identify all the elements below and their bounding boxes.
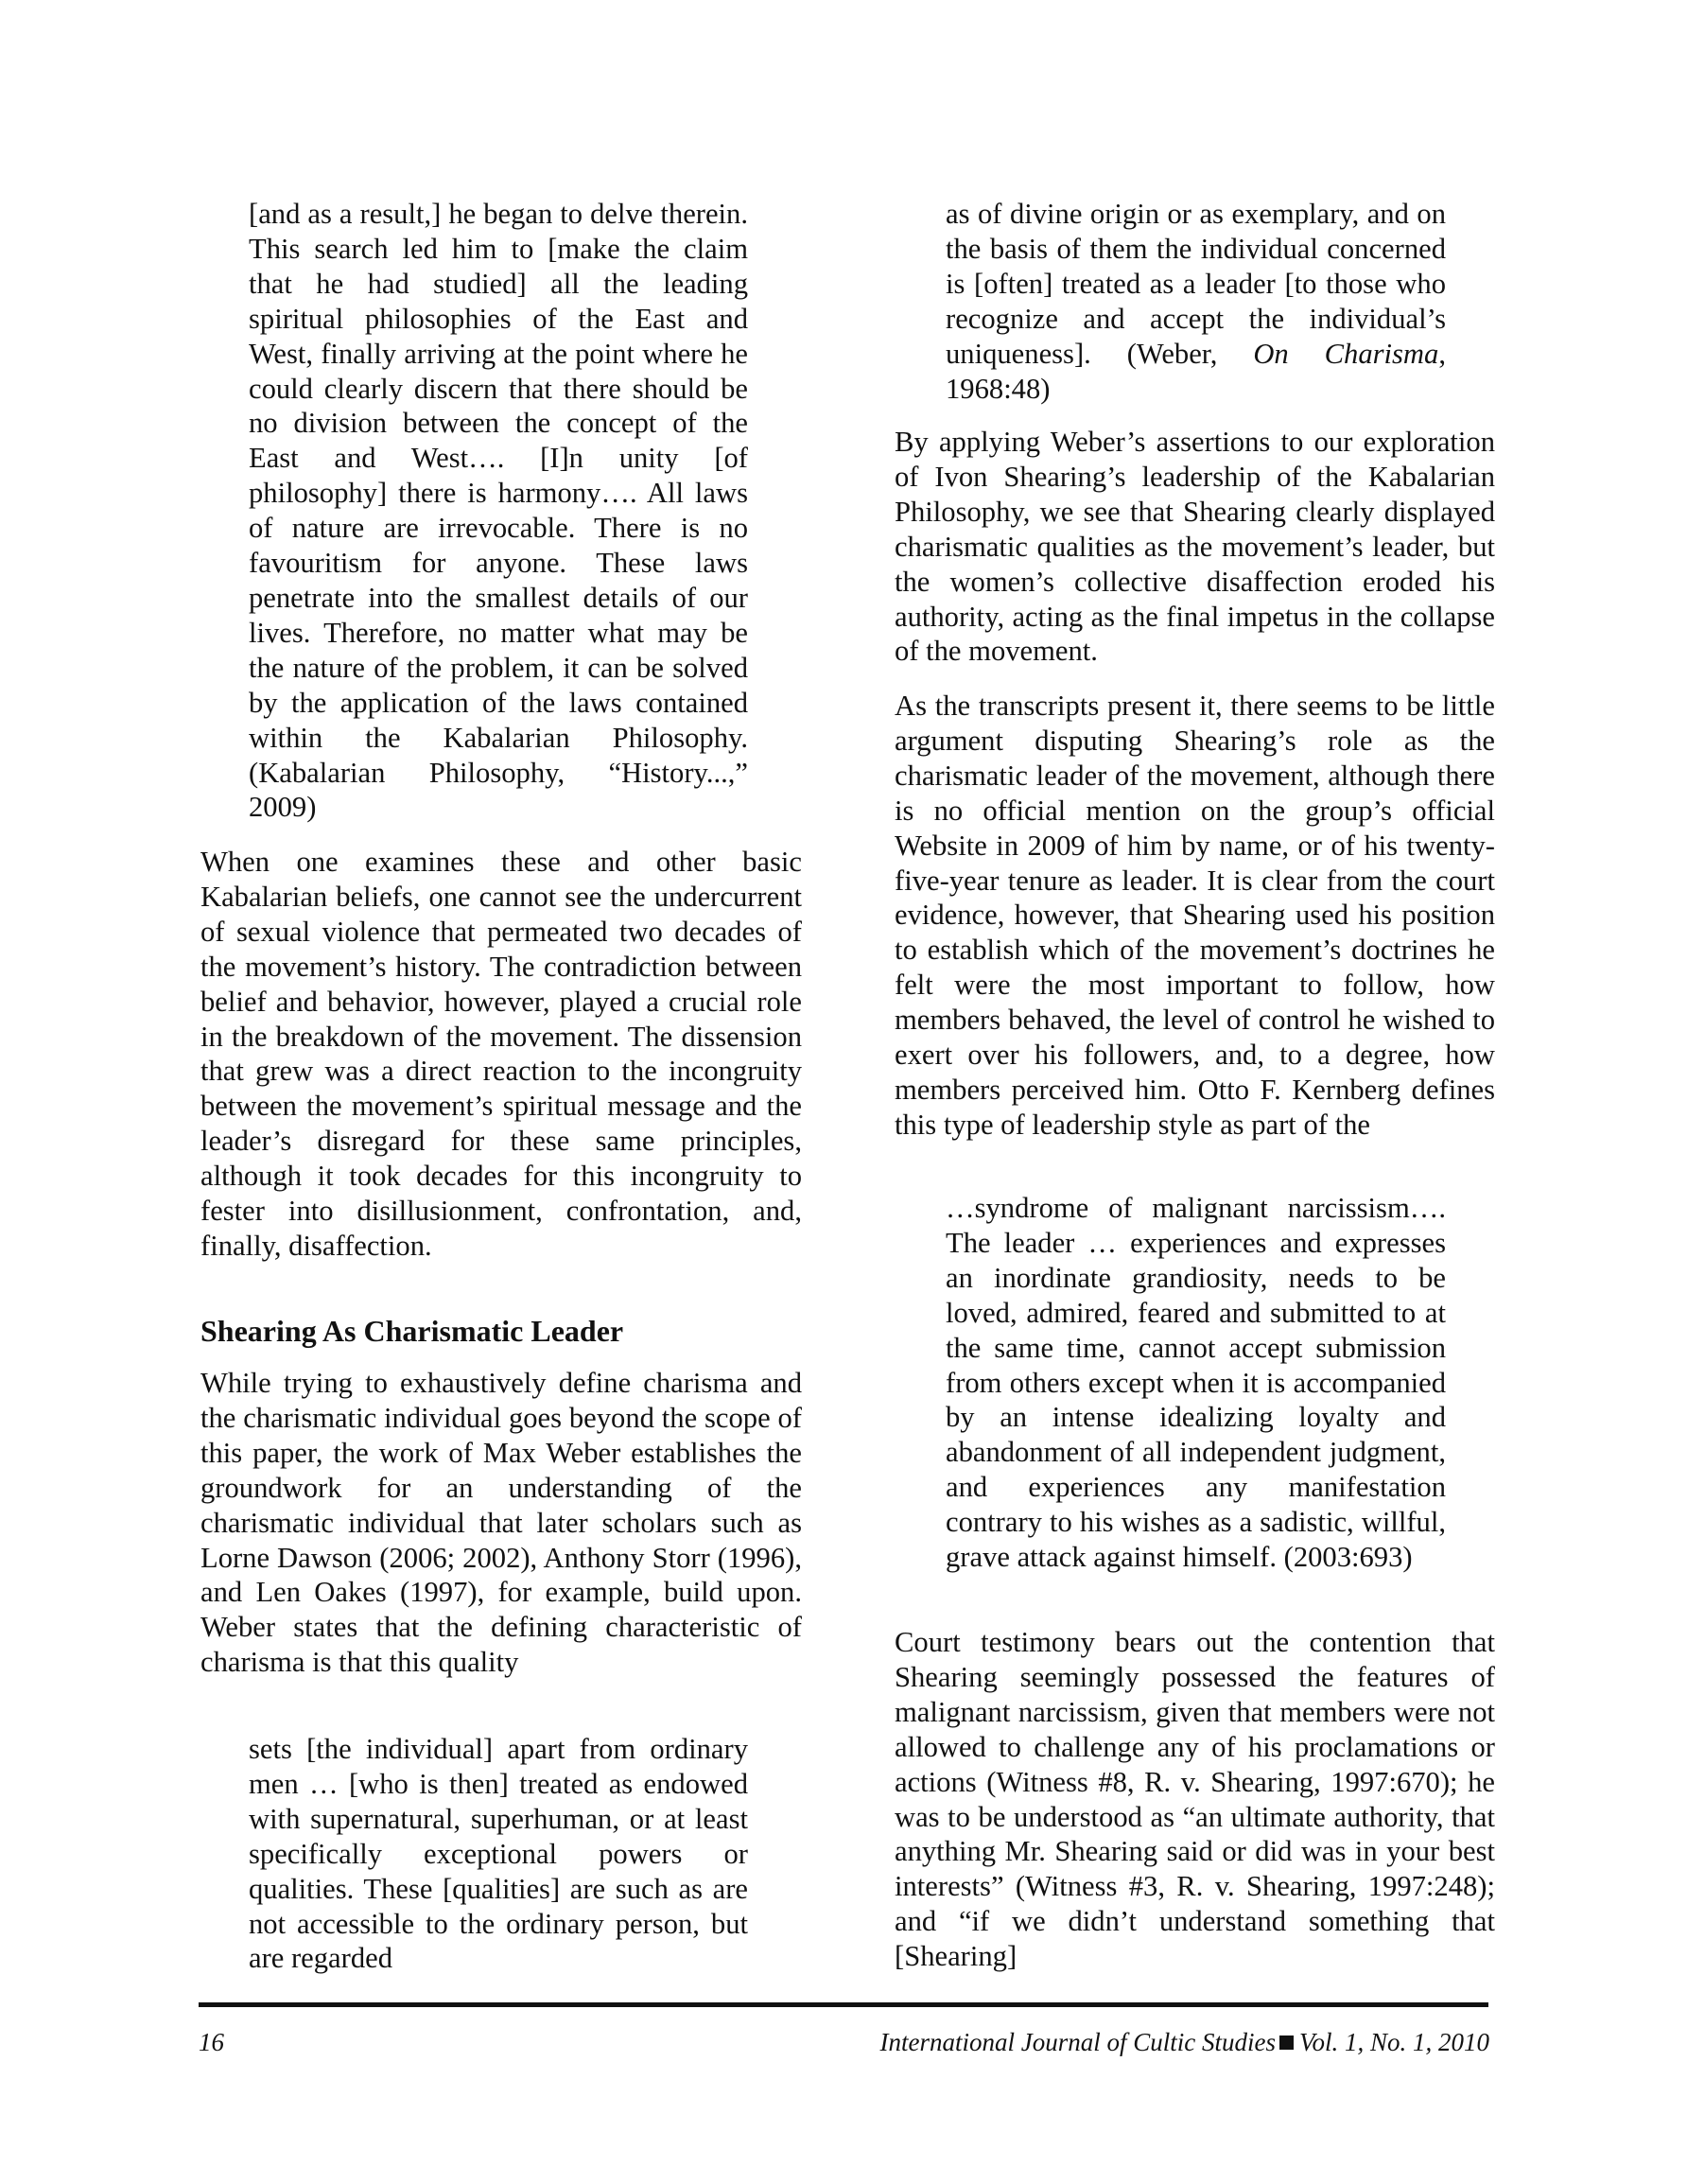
quote-text: sets [the individual] apart from ordinar… [249, 1732, 748, 1976]
body-paragraph: Court testimony bears out the contention… [895, 1625, 1495, 1974]
page-number: 16 [199, 2028, 224, 2057]
quote-text: …syndrome of malignant narcissism…. The … [946, 1191, 1446, 1575]
journal-citation: International Journal of Cultic StudiesV… [880, 2028, 1490, 2057]
body-paragraph: By applying Weber’s assertions to our ex… [895, 425, 1495, 669]
quote-text: as of divine origin or as exemplary, and… [946, 197, 1446, 406]
section-heading: Shearing As Charismatic Leader [200, 1312, 623, 1350]
square-bullet-icon [1279, 2035, 1294, 2050]
paragraph-text: When one examines these and other basic … [200, 845, 802, 1264]
paragraph-text: While trying to exhaustively define char… [200, 1366, 802, 1680]
journal-title: International Journal of Cultic Studies [880, 2028, 1276, 2056]
paragraph-text: Court testimony bears out the contention… [895, 1625, 1495, 1974]
body-paragraph: When one examines these and other basic … [200, 845, 802, 1264]
quote-text: [and as a result,] he began to delve the… [249, 197, 748, 825]
body-paragraph: While trying to exhaustively define char… [200, 1366, 802, 1680]
footer-rule [199, 2002, 1488, 2007]
block-quote-weber-continued: as of divine origin or as exemplary, and… [946, 197, 1446, 406]
journal-issue: Vol. 1, No. 1, 2010 [1299, 2028, 1489, 2056]
body-paragraph: As the transcripts present it, there see… [895, 689, 1495, 1143]
citation-title: On Charisma [1253, 338, 1438, 370]
block-quote-weber: sets [the individual] apart from ordinar… [249, 1732, 748, 1976]
block-quote-kernberg: …syndrome of malignant narcissism…. The … [946, 1191, 1446, 1575]
paragraph-text: By applying Weber’s assertions to our ex… [895, 425, 1495, 669]
block-quote-kabalarian-history: [and as a result,] he began to delve the… [249, 197, 748, 825]
paragraph-text: As the transcripts present it, there see… [895, 689, 1495, 1143]
